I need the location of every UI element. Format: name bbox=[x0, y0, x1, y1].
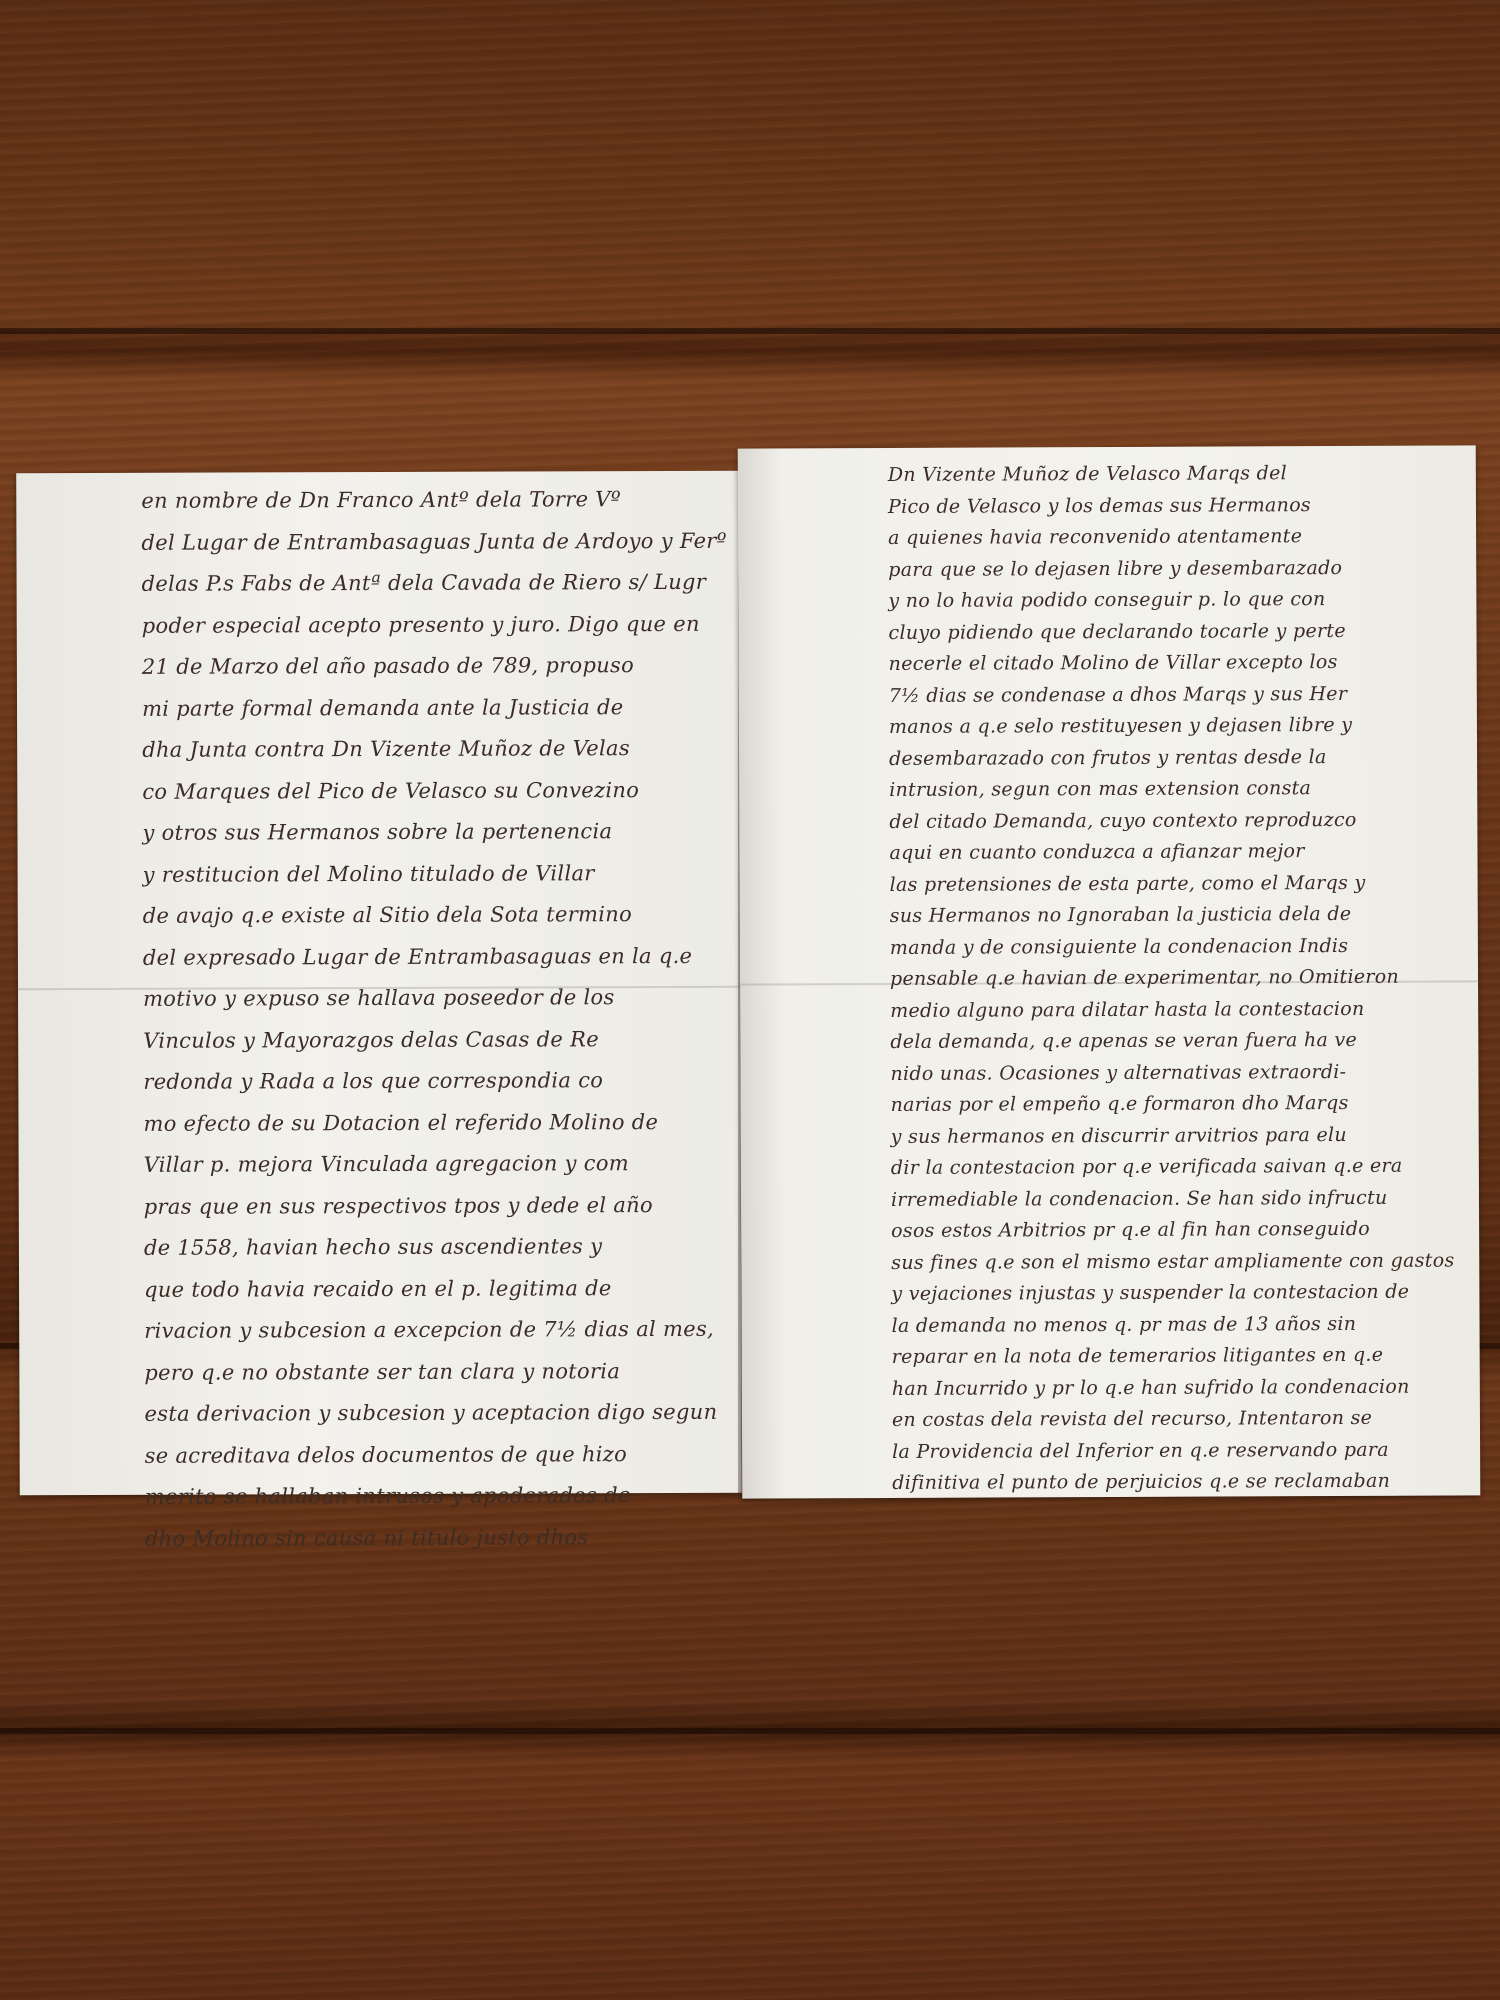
text-line: esta derivacion y subcesion y aceptacion… bbox=[144, 1392, 729, 1436]
text-line: del Lugar de Entrambasaguas Junta de Ard… bbox=[141, 520, 726, 564]
text-line: cluyo pidiendo que declarando tocarle y … bbox=[888, 615, 1451, 649]
text-line: 7½ dias se condenase a dhos Marqs y sus … bbox=[889, 678, 1452, 712]
right-page-text: Dn Vizente Muñoz de Velasco Marqs del Pi… bbox=[888, 458, 1456, 1500]
text-line: irremediable la condenacion. Se han sido… bbox=[891, 1182, 1454, 1216]
text-line: reparar en la nota de temerarios litigan… bbox=[892, 1339, 1455, 1373]
text-line: de 1558, havian hecho sus ascendientes y bbox=[144, 1226, 729, 1270]
text-line: se acreditava delos documentos de que hi… bbox=[145, 1433, 730, 1477]
text-line: difinitiva el punto de perjuicios q.e se… bbox=[892, 1465, 1455, 1499]
text-line: 21 de Marzo del año pasado de 789, propu… bbox=[142, 645, 727, 689]
text-line: Dn Vizente Muñoz de Velasco Marqs del bbox=[888, 458, 1451, 492]
text-line: del citado Demanda, cuyo contexto reprod… bbox=[889, 804, 1452, 838]
table-plank-seam bbox=[0, 328, 1500, 334]
text-line: y no lo havia podido conseguir p. lo que… bbox=[888, 584, 1451, 618]
text-line: dela demanda, q.e apenas se veran fuera … bbox=[890, 1024, 1453, 1058]
left-page: en nombre de Dn Franco Antº dela Torre V… bbox=[16, 471, 742, 1496]
text-line: las pretensiones de esta parte, como el … bbox=[890, 867, 1453, 901]
text-line: Pico de Velasco y los demas sus Hermanos bbox=[888, 489, 1451, 523]
text-line: desembarazado con frutos y rentas desde … bbox=[889, 741, 1452, 775]
text-line: motivo y expuso se hallava poseedor de l… bbox=[143, 977, 728, 1021]
table-plank-seam bbox=[0, 1728, 1500, 1734]
text-line: para que se lo dejasen libre y desembara… bbox=[888, 552, 1451, 586]
text-line: narias por el empeño q.e formaron dho Ma… bbox=[891, 1087, 1454, 1121]
text-line: merito se hallaban intrusos y apoderados… bbox=[145, 1475, 730, 1519]
text-line: rivacion y subcesion a excepcion de 7½ d… bbox=[144, 1309, 729, 1353]
text-line: que todo havia recaido en el p. legitima… bbox=[144, 1267, 729, 1311]
text-line: sus Hermanos no Ignoraban la justicia de… bbox=[890, 898, 1453, 932]
text-line: sus fines q.e son el mismo estar ampliam… bbox=[891, 1245, 1454, 1279]
text-line: mo efecto de su Dotacion el referido Mol… bbox=[143, 1101, 728, 1145]
text-line: del expresado Lugar de Entrambasaguas en… bbox=[143, 935, 728, 979]
text-line: pero q.e no obstante ser tan clara y not… bbox=[144, 1350, 729, 1394]
text-line: dha Junta contra Dn Vizente Muñoz de Vel… bbox=[142, 728, 727, 772]
text-line: co Marques del Pico de Velasco su Convez… bbox=[142, 769, 727, 813]
text-line: han Incurrido y pr lo q.e han sufrido la… bbox=[892, 1371, 1455, 1405]
text-line: nido unas. Ocasiones y alternativas extr… bbox=[890, 1056, 1453, 1090]
text-line: aqui en cuanto conduzca a afianzar mejor bbox=[889, 835, 1452, 869]
text-line: en nombre de Dn Franco Antº dela Torre V… bbox=[141, 479, 726, 523]
text-line: y restitucion del Molino titulado de Vil… bbox=[143, 852, 728, 896]
text-line: dho Molino sin causa ni titulo justo dho… bbox=[145, 1516, 730, 1560]
text-line: en costas dela revista del recurso, Inte… bbox=[892, 1402, 1455, 1436]
text-line: Vinculos y Mayorazgos delas Casas de Re bbox=[143, 1018, 728, 1062]
text-line: necerle el citado Molino de Villar excep… bbox=[889, 647, 1452, 681]
text-line: manda y de consiguiente la condenacion I… bbox=[890, 930, 1453, 964]
text-line: la demanda no menos q. pr mas de 13 años… bbox=[891, 1308, 1454, 1342]
text-line: dir la contestacion por q.e verificada s… bbox=[891, 1150, 1454, 1184]
text-line: pras que en sus respectivos tpos y dede … bbox=[144, 1184, 729, 1228]
text-line: y sus hermanos en discurrir arvitrios pa… bbox=[891, 1119, 1454, 1153]
text-line: poder especial acepto presento y juro. D… bbox=[142, 603, 727, 647]
right-page: Dn Vizente Muñoz de Velasco Marqs del Pi… bbox=[738, 445, 1481, 1498]
text-line: mi parte formal demanda ante la Justicia… bbox=[142, 686, 727, 730]
text-line: y vejaciones injustas y suspender la con… bbox=[891, 1276, 1454, 1310]
text-line: osos estos Arbitrios pr q.e al fin han c… bbox=[891, 1213, 1454, 1247]
text-line: redonda y Rada a los que correspondia co bbox=[143, 1060, 728, 1104]
text-line: a quienes havia reconvenido atentamente bbox=[888, 521, 1451, 555]
text-line: y otros sus Hermanos sobre la pertenenci… bbox=[142, 811, 727, 855]
text-line: Villar p. mejora Vinculada agregacion y … bbox=[144, 1143, 729, 1187]
text-line: intrusion, segun con mas extension const… bbox=[889, 772, 1452, 806]
text-line: manos a q.e selo restituyesen y dejasen … bbox=[889, 710, 1452, 744]
text-line: de avajo q.e existe al Sitio dela Sota t… bbox=[143, 894, 728, 938]
text-line: pensable q.e havian de experimentar, no … bbox=[890, 961, 1453, 995]
text-line: delas P.s Fabs de Antª dela Cavada de Ri… bbox=[142, 562, 727, 606]
text-line: medio alguno para dilatar hasta la conte… bbox=[890, 993, 1453, 1027]
left-page-text: en nombre de Dn Franco Antº dela Torre V… bbox=[141, 479, 730, 1560]
text-line: la Providencia del Inferior en q.e reser… bbox=[892, 1434, 1455, 1468]
